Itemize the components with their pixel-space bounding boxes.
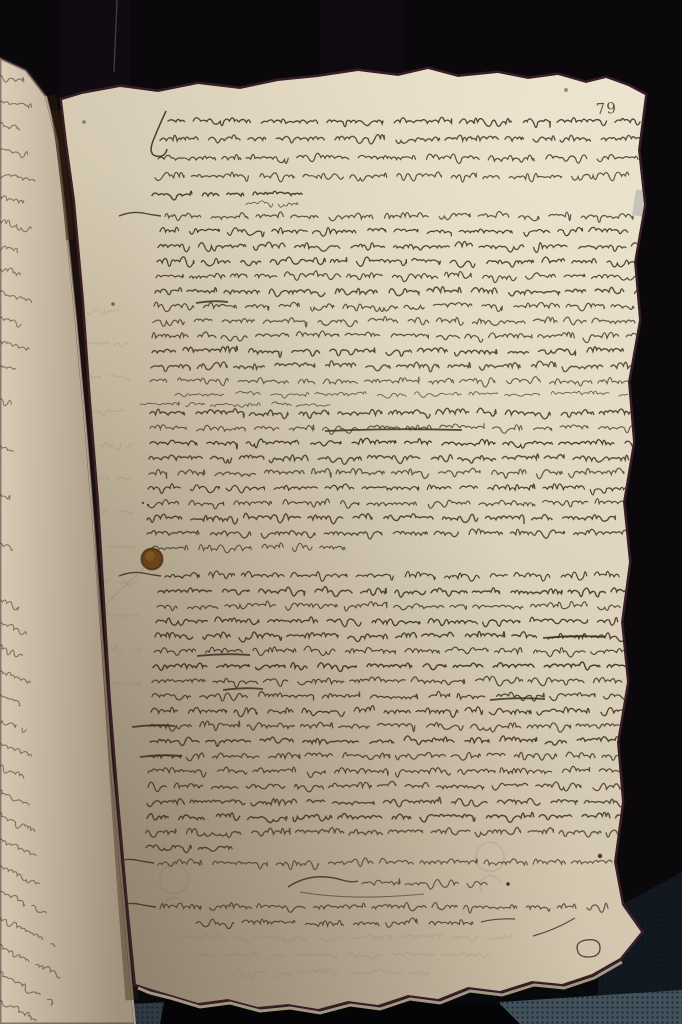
margin-dot-2 — [147, 504, 149, 506]
folio-number: 79 — [595, 99, 617, 118]
speck-3 — [82, 120, 86, 124]
margin-dot-1 — [142, 502, 144, 504]
ink-blot-core — [145, 551, 155, 561]
speck-4 — [564, 88, 568, 92]
speck-2 — [111, 302, 115, 306]
speck-1 — [598, 854, 602, 858]
manuscript-photo: 79 — [0, 0, 682, 1024]
scene-svg: 79 — [0, 0, 682, 1024]
period-dot — [506, 882, 509, 885]
